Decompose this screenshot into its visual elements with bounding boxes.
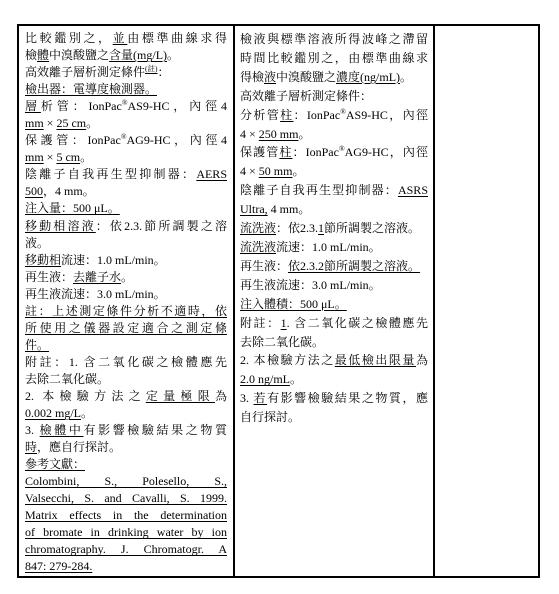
text-line: 去除二氧化碳。 [25,371,227,388]
underlined-text-segment: 檢體中 [40,423,84,437]
text-segment: 去除二氧化碳。 [240,335,324,349]
text-segment: × [44,116,57,130]
text-line: 附註：1. 含二氧化碳之檢體應先 [240,314,428,333]
underlined-text-segment: 25 cm [56,116,86,130]
text-line: Colombini, S., Polesello, S., [25,473,227,490]
text-line: 2.0 ng/mL。 [240,370,428,389]
underlined-text-segment: 注入體積：500 μL。 [240,297,347,311]
text-line: 層析管：IonPac®AS9-HC，內徑4 [25,98,227,115]
text-line: 參考文獻： [25,456,227,473]
text-line: 陰離子自我再生型抑制器：ASRS [240,181,428,200]
underlined-text-segment: 移動相溶液 [25,219,96,233]
underlined-text-segment: mm [25,116,44,130]
text-segment: 4 × [240,127,259,141]
underlined-text-segment: AERS [196,167,227,181]
underlined-text-segment: 0.002 mg/L [25,406,81,420]
underlined-text-segment: 定量極限 [146,389,215,403]
table-cell-empty-column [435,26,538,576]
text-segment: 陰離子自我再生型抑制器： [25,167,196,181]
text-segment: 比較鑑別之， [25,31,113,45]
text-segment: 。 [167,48,179,62]
text-segment: 由標準曲線求得 [127,31,227,45]
text-segment: AS9-HC，內徑4 [128,99,227,113]
method-comparison-table: 比較鑑別之，並由標準曲線求得檢體中溴酸鹽之含量(mg/L)。高效離子層析測定條件… [17,24,540,578]
text-line: 件。 [25,337,227,354]
text-segment: 。 [81,406,93,420]
text-segment: 高效離子層析測定條件 [25,65,145,79]
underlined-text-segment: 移動相 [25,253,61,267]
text-line: 4 × 250 mm。 [240,125,428,144]
text-segment: AG9-HC，內徑 [345,145,428,159]
text-segment: 。 [400,70,412,84]
text-line: 0.002 mg/L。 [25,405,227,422]
text-segment: 再生液： [25,270,73,284]
text-line: 得檢液中溴酸鹽之濃度(ng/mL)。 [240,68,428,87]
text-line: 流洗液：依2.3.1節所調製之溶液。 [240,219,428,238]
text-segment: 中溴酸鹽之 [49,48,109,62]
text-line: 保護管柱：IonPac®AG9-HC，內徑 [240,143,428,162]
text-segment: 再生液流速：3.0 mL/min。 [25,287,166,301]
text-line: 高效離子層析測定條件(註)： [25,64,227,81]
text-line: 分析管柱：IonPac®AS9-HC，內徑 [240,106,428,125]
underlined-text-segment: 所使用之儀器設定適合之測定條 [25,321,227,335]
text-line: Ultra, 4 mm。 [240,200,428,219]
underlined-text-segment: 液 [264,70,276,84]
text-segment: × [44,150,57,164]
text-segment: 節所調製之溶液。 [324,221,420,235]
text-line: 注入量：500 μL。 [25,200,227,217]
text-segment: 流速：1.0 mL/min。 [276,240,381,254]
underlined-text-segment: 含量(mg/L) [109,48,167,62]
text-line: 再生液：去離子水。 [25,269,227,286]
text-segment: 析管：IonPac [41,99,122,113]
superscript-segment: (註) [145,64,158,73]
text-segment: 中溴酸鹽之 [276,70,336,84]
text-line: 保護管：IonPac®AG9-HC，內徑4 [25,132,227,149]
text-line: 847: 279-284. [25,558,227,575]
text-line: Matrix effects in the determination [25,507,227,524]
underlined-text-segment: 層 [25,99,41,113]
underlined-text-segment: 若 [254,391,268,405]
underlined-text-segment: 500 [25,184,43,198]
underlined-text-segment: 註：上述測定條件分析不適時，依 [25,304,227,318]
underlined-text-segment: 去離子水 [73,270,121,284]
text-segment: 。 [121,270,133,284]
text-segment: 。 [80,150,92,164]
text-line: 再生液：依2.3.2節所調製之溶液。 [240,257,428,276]
text-line: 時間比較鑑別之，由標準曲線求 [240,49,428,68]
document-page: 比較鑑別之，並由標準曲線求得檢體中溴酸鹽之含量(mg/L)。高效離子層析測定條件… [0,0,559,594]
text-line: 2. 本檢驗方法之最低檢出限量為 [240,351,428,370]
text-segment: 。 [298,127,310,141]
text-segment: AG9-HC，內徑4 [127,133,227,147]
text-line: mm × 25 cm。 [25,115,227,132]
text-line: 自行探討。 [240,408,428,427]
underlined-text-segment: Colombini, S., Polesello, S., [25,474,227,488]
text-segment: ，4 mm。 [43,184,95,198]
text-line: 所使用之儀器設定適合之測定條 [25,320,227,337]
text-line: 檢出器：電導度檢測器。 [25,81,227,98]
text-segment: ：IonPac [293,108,340,122]
text-segment: 自行探討。 [240,410,300,424]
text-segment: 。 [292,164,304,178]
text-segment: ：依2.3. [276,221,318,235]
text-segment: 分析管 [240,108,280,122]
text-line: 去除二氧化碳。 [240,333,428,352]
text-line: 移動相溶液：依2.3.節所調製之溶 [25,218,227,235]
text-segment: 得檢 [240,70,264,84]
text-line: 液。 [25,235,227,252]
text-segment: 去除二氧化碳。 [25,372,109,386]
underlined-text-segment: Ultra, [240,202,268,216]
text-line: 比較鑑別之，並由標準曲線求得 [25,30,227,47]
text-line: 2. 本檢驗方法之定量極限為 [25,388,227,405]
text-line: 檢液與標準溶液所得波峰之滯留 [240,30,428,49]
text-line: 移動相流速：1.0 mL/min。 [25,252,227,269]
text-line: 4 × 50 mm。 [240,162,428,181]
underlined-text-segment: 847: 279-284. [25,559,92,573]
text-segment: 2. 本檢驗方法之 [240,353,335,367]
underlined-text-segment: 並 [113,31,128,45]
text-segment: 液。 [25,236,49,250]
text-segment: ，應自行探討。 [37,440,121,454]
text-segment: 。 [86,116,98,130]
underlined-text-segment: Matrix effects in the determination [25,508,227,522]
underlined-text-segment: 檢出器：電導度檢測器。 [25,82,157,96]
text-line: 再生液流速：3.0 mL/min。 [25,286,227,303]
underlined-text-segment: Valsecchi, S. and Cavalli, S. 1999. [25,491,227,505]
text-segment: 為 [215,389,227,403]
text-segment: 附註： [240,316,281,330]
text-segment: 陰離子自我再生型抑制器： [240,183,398,197]
text-segment: 再生液流速：3.0 mL/min。 [240,278,381,292]
text-line: 陰離子自我再生型抑制器：AERS [25,166,227,183]
text-segment: 保護管：IonPac [25,133,121,147]
text-line: 時，應自行探討。 [25,439,227,456]
underlined-text-segment: 柱 [279,145,292,159]
text-segment: 附註：1. 含二氧化碳之檢體應先 [25,355,227,369]
text-segment: 流速：1.0 mL/min。 [61,253,166,267]
text-line: chromatography. J. Chromatogr. A [25,541,227,558]
underlined-text-segment: 250 mm [259,127,299,141]
text-segment: 時間比較鑑別之，由標準曲線求 [240,51,428,65]
text-segment: 3. [240,391,254,405]
text-line: 3. 檢體中有影響檢驗結果之物質 [25,422,227,439]
underlined-text-segment: ASRS [398,183,428,197]
text-segment: 4 × [240,164,259,178]
underlined-text-segment: 50 mm [259,164,293,178]
text-segment: . 含二氧化碳之檢體應先 [287,316,428,330]
underlined-text-segment: 最低檢出限量 [335,353,416,367]
underlined-text-segment: 2.0 ng/mL [240,372,290,386]
text-line: 再生液流速：3.0 mL/min。 [240,276,428,295]
table-cell-left-method-column: 比較鑑別之，並由標準曲線求得檢體中溴酸鹽之含量(mg/L)。高效離子層析測定條件… [19,26,235,576]
text-line: 檢體中溴酸鹽之含量(mg/L)。 [25,47,227,64]
text-segment: 為 [416,353,428,367]
text-segment: ： [158,65,170,79]
text-line: 附註：1. 含二氧化碳之檢體應先 [25,354,227,371]
underlined-text-segment: of bromate in drinking water by ion [25,525,227,539]
text-segment: 4 mm。 [268,202,311,216]
underlined-text-segment: 流洗液 [240,240,276,254]
underlined-text-segment: 5 cm [56,150,80,164]
underlined-text-segment: 注入量：500 μL。 [25,201,120,215]
underlined-text-segment: 體 [37,48,49,62]
text-segment: 檢 [25,48,37,62]
text-segment: 2. 本檢驗方法之 [25,389,146,403]
text-segment: 有影響檢驗結果之物質 [83,423,227,437]
underlined-text-segment: 時 [25,440,37,454]
table-cell-right-method-column: 檢液與標準溶液所得波峰之滯留時間比較鑑別之，由標準曲線求得檢液中溴酸鹽之濃度(n… [235,26,435,576]
underlined-text-segment: 參考文獻： [25,457,85,471]
underlined-text-segment: 柱 [280,108,293,122]
underlined-text-segment: mm [25,150,44,164]
text-line: 註：上述測定條件分析不適時，依 [25,303,227,320]
text-line: 500，4 mm。 [25,183,227,200]
text-segment: 高效離子層析測定條件： [240,89,372,103]
text-segment: 保護管 [240,145,279,159]
underlined-text-segment: 流洗液 [240,221,276,235]
text-segment: ：依2.3.節所調製之溶 [96,219,227,233]
underlined-text-segment: 件。 [25,338,49,352]
underlined-text-segment: 依2.3.2節所調製之溶液。 [288,259,420,273]
text-line: mm × 5 cm。 [25,149,227,166]
text-segment: 再生液： [240,259,288,273]
text-segment: 有影響檢驗結果之物質，應 [267,391,428,405]
text-line: 流洗液流速：1.0 mL/min。 [240,238,428,257]
text-segment: ：IonPac [292,145,338,159]
text-segment: 3. [25,423,40,437]
underlined-text-segment: 濃度(ng/mL) [336,70,400,84]
text-line: Valsecchi, S. and Cavalli, S. 1999. [25,490,227,507]
text-segment: 檢液與標準溶液所得波峰之滯留 [240,32,428,46]
underlined-text-segment: chromatography. J. Chromatogr. A [25,542,227,556]
text-line: of bromate in drinking water by ion [25,524,227,541]
text-line: 高效離子層析測定條件： [240,87,428,106]
text-segment: AS9-HC，內徑 [346,108,428,122]
text-line: 注入體積：500 μL。 [240,295,428,314]
text-line: 3. 若有影響檢驗結果之物質，應 [240,389,428,408]
text-segment: 。 [290,372,302,386]
